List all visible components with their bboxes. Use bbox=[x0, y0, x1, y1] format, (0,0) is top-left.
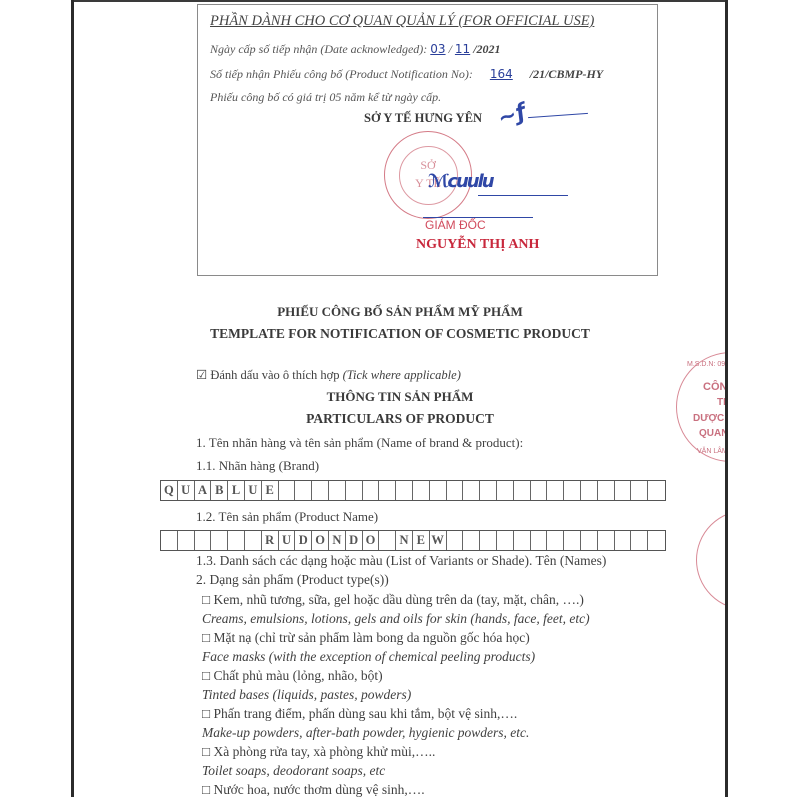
product-char-cell bbox=[379, 531, 396, 550]
date-day: 03 bbox=[430, 42, 445, 56]
signature-stroke bbox=[528, 113, 588, 118]
side-stamp-line1: CÔN bbox=[703, 381, 727, 393]
notification-number: 164 bbox=[476, 67, 527, 81]
product-char-cell: U bbox=[279, 531, 296, 550]
brand-char-cell bbox=[480, 481, 497, 500]
product-char-cell bbox=[598, 531, 615, 550]
product-char-cell bbox=[648, 531, 665, 550]
product-char-cell bbox=[228, 531, 245, 550]
brand-char-cell bbox=[564, 481, 581, 500]
product-type-option[interactable]: □ Phấn trang điểm, phấn dùng sau khi tắm… bbox=[202, 706, 517, 722]
tick-note-vi: ☑ Đánh dấu vào ô thích hợp bbox=[196, 368, 343, 382]
product-char-cell bbox=[195, 531, 212, 550]
brand-char-cell: L bbox=[228, 481, 245, 500]
product-type-option[interactable]: □ Kem, nhũ tương, sữa, gel hoặc dầu dùng… bbox=[202, 592, 584, 608]
brand-char-cell: Q bbox=[161, 481, 178, 500]
product-char-cell: E bbox=[413, 531, 430, 550]
brand-char-grid: QUABLUE bbox=[160, 480, 666, 501]
product-char-cell bbox=[245, 531, 262, 550]
brand-char-cell bbox=[531, 481, 548, 500]
brand-char-cell bbox=[631, 481, 648, 500]
brand-char-cell: A bbox=[195, 481, 212, 500]
notification-number-line: Số tiếp nhận Phiếu công bố (Product Noti… bbox=[210, 67, 603, 82]
product-type-option[interactable]: □ Chất phủ màu (lỏng, nhão, bột) bbox=[202, 668, 383, 684]
item-1-2-label: 1.2. Tên sản phẩm (Product Name) bbox=[196, 509, 378, 525]
product-char-cell bbox=[581, 531, 598, 550]
brand-char-cell: E bbox=[262, 481, 279, 500]
product-char-cell: D bbox=[295, 531, 312, 550]
product-char-cell: W bbox=[430, 531, 447, 550]
brand-char-cell bbox=[447, 481, 464, 500]
brand-char-cell bbox=[598, 481, 615, 500]
product-type-translation: Tinted bases (liquids, pastes, powders) bbox=[202, 687, 411, 703]
brand-char-cell bbox=[615, 481, 632, 500]
brand-char-cell bbox=[581, 481, 598, 500]
brand-char-cell bbox=[346, 481, 363, 500]
outside-page-area bbox=[728, 0, 797, 797]
product-char-cell: N bbox=[329, 531, 346, 550]
product-char-cell bbox=[211, 531, 228, 550]
signer-title: GIÁM ĐỐC bbox=[425, 218, 486, 232]
brand-char-cell bbox=[363, 481, 380, 500]
date-label: Ngày cấp số tiếp nhận (Date acknowledged… bbox=[210, 42, 430, 56]
brand-char-cell bbox=[312, 481, 329, 500]
product-char-cell bbox=[463, 531, 480, 550]
validity-note: Phiếu công bố có giá trị 05 năm kể từ ng… bbox=[210, 90, 441, 105]
product-char-cell bbox=[178, 531, 195, 550]
agency-name: SỞ Y TẾ HƯNG YÊN bbox=[364, 111, 482, 126]
product-char-cell: N bbox=[396, 531, 413, 550]
item-2-label: 2. Dạng sản phẩm (Product type(s)) bbox=[196, 572, 389, 588]
brand-char-cell bbox=[379, 481, 396, 500]
product-char-cell bbox=[631, 531, 648, 550]
item-1-label: 1. Tên nhãn hàng và tên sản phẩm (Name o… bbox=[196, 435, 523, 451]
product-char-cell bbox=[564, 531, 581, 550]
product-type-option[interactable]: □ Xà phòng rửa tay, xà phòng khử mùi,….. bbox=[202, 744, 435, 760]
date-sep: / bbox=[446, 42, 455, 56]
brand-char-cell bbox=[430, 481, 447, 500]
brand-char-cell: U bbox=[245, 481, 262, 500]
product-char-cell bbox=[547, 531, 564, 550]
official-use-title: PHẦN DÀNH CHO CƠ QUAN QUẢN LÝ (FOR OFFIC… bbox=[210, 13, 594, 30]
product-char-cell bbox=[447, 531, 464, 550]
notification-label: Số tiếp nhận Phiếu công bố (Product Noti… bbox=[210, 67, 476, 81]
product-char-cell: R bbox=[262, 531, 279, 550]
brand-char-cell bbox=[514, 481, 531, 500]
product-char-cell bbox=[480, 531, 497, 550]
item-1-3-label: 1.3. Danh sách các dạng hoặc màu (List o… bbox=[196, 553, 606, 569]
notification-suffix: /21/CBMP-HY bbox=[527, 67, 603, 81]
tick-note: ☑ Đánh dấu vào ô thích hợp (Tick where a… bbox=[196, 367, 461, 383]
document-title-en: TEMPLATE FOR NOTIFICATION OF COSMETIC PR… bbox=[74, 326, 726, 342]
date-year: /2021 bbox=[470, 42, 500, 56]
product-char-cell bbox=[531, 531, 548, 550]
brand-char-cell bbox=[279, 481, 296, 500]
signature-initial: ~ƒ bbox=[495, 99, 529, 131]
brand-char-cell: U bbox=[178, 481, 195, 500]
product-name-char-grid: RUDONDONEW bbox=[160, 530, 666, 551]
tick-note-en: (Tick where applicable) bbox=[343, 368, 461, 382]
section-title-en: PARTICULARS OF PRODUCT bbox=[74, 411, 726, 427]
official-use-box: PHẦN DÀNH CHO CƠ QUAN QUẢN LÝ (FOR OFFIC… bbox=[197, 4, 658, 276]
item-1-1-label: 1.1. Nhãn hàng (Brand) bbox=[196, 458, 319, 474]
product-char-cell bbox=[497, 531, 514, 550]
product-type-translation: Creams, emulsions, lotions, gels and oil… bbox=[202, 611, 590, 627]
product-char-cell: D bbox=[346, 531, 363, 550]
brand-char-cell bbox=[463, 481, 480, 500]
brand-char-cell: B bbox=[211, 481, 228, 500]
product-type-option[interactable]: □ Mặt nạ (chỉ trừ sản phẩm làm bong da n… bbox=[202, 630, 530, 646]
product-type-translation: Toilet soaps, deodorant soaps, etc bbox=[202, 763, 385, 779]
product-type-translation: Make-up powders, after-bath powder, hygi… bbox=[202, 725, 529, 741]
brand-char-cell bbox=[295, 481, 312, 500]
signature-underline bbox=[478, 195, 568, 196]
director-signature: ℳcuulu bbox=[428, 171, 493, 192]
brand-char-cell bbox=[396, 481, 413, 500]
product-type-option[interactable]: □ Nước hoa, nước thơm dùng vệ sinh,…. bbox=[202, 782, 425, 797]
product-type-translation: Face masks (with the exception of chemic… bbox=[202, 649, 535, 665]
section-title-vi: THÔNG TIN SẢN PHẨM bbox=[74, 389, 726, 405]
page-right-edge bbox=[725, 0, 728, 797]
date-acknowledged: Ngày cấp số tiếp nhận (Date acknowledged… bbox=[210, 42, 501, 57]
brand-char-cell bbox=[413, 481, 430, 500]
document-title-vi: PHIẾU CÔNG BỐ SẢN PHẨM MỸ PHẨM bbox=[74, 304, 726, 320]
signer-name: NGUYỄN THỊ ANH bbox=[416, 237, 539, 253]
brand-char-cell bbox=[329, 481, 346, 500]
product-char-cell bbox=[615, 531, 632, 550]
brand-char-cell bbox=[497, 481, 514, 500]
product-char-cell: O bbox=[363, 531, 380, 550]
product-char-cell bbox=[161, 531, 178, 550]
page-top-edge bbox=[71, 0, 728, 2]
product-char-cell: O bbox=[312, 531, 329, 550]
product-char-cell bbox=[514, 531, 531, 550]
brand-char-cell bbox=[648, 481, 665, 500]
brand-char-cell bbox=[547, 481, 564, 500]
date-month: 11 bbox=[455, 42, 470, 56]
side-stamp-bottom-text: VĂN LÂM bbox=[697, 448, 728, 455]
